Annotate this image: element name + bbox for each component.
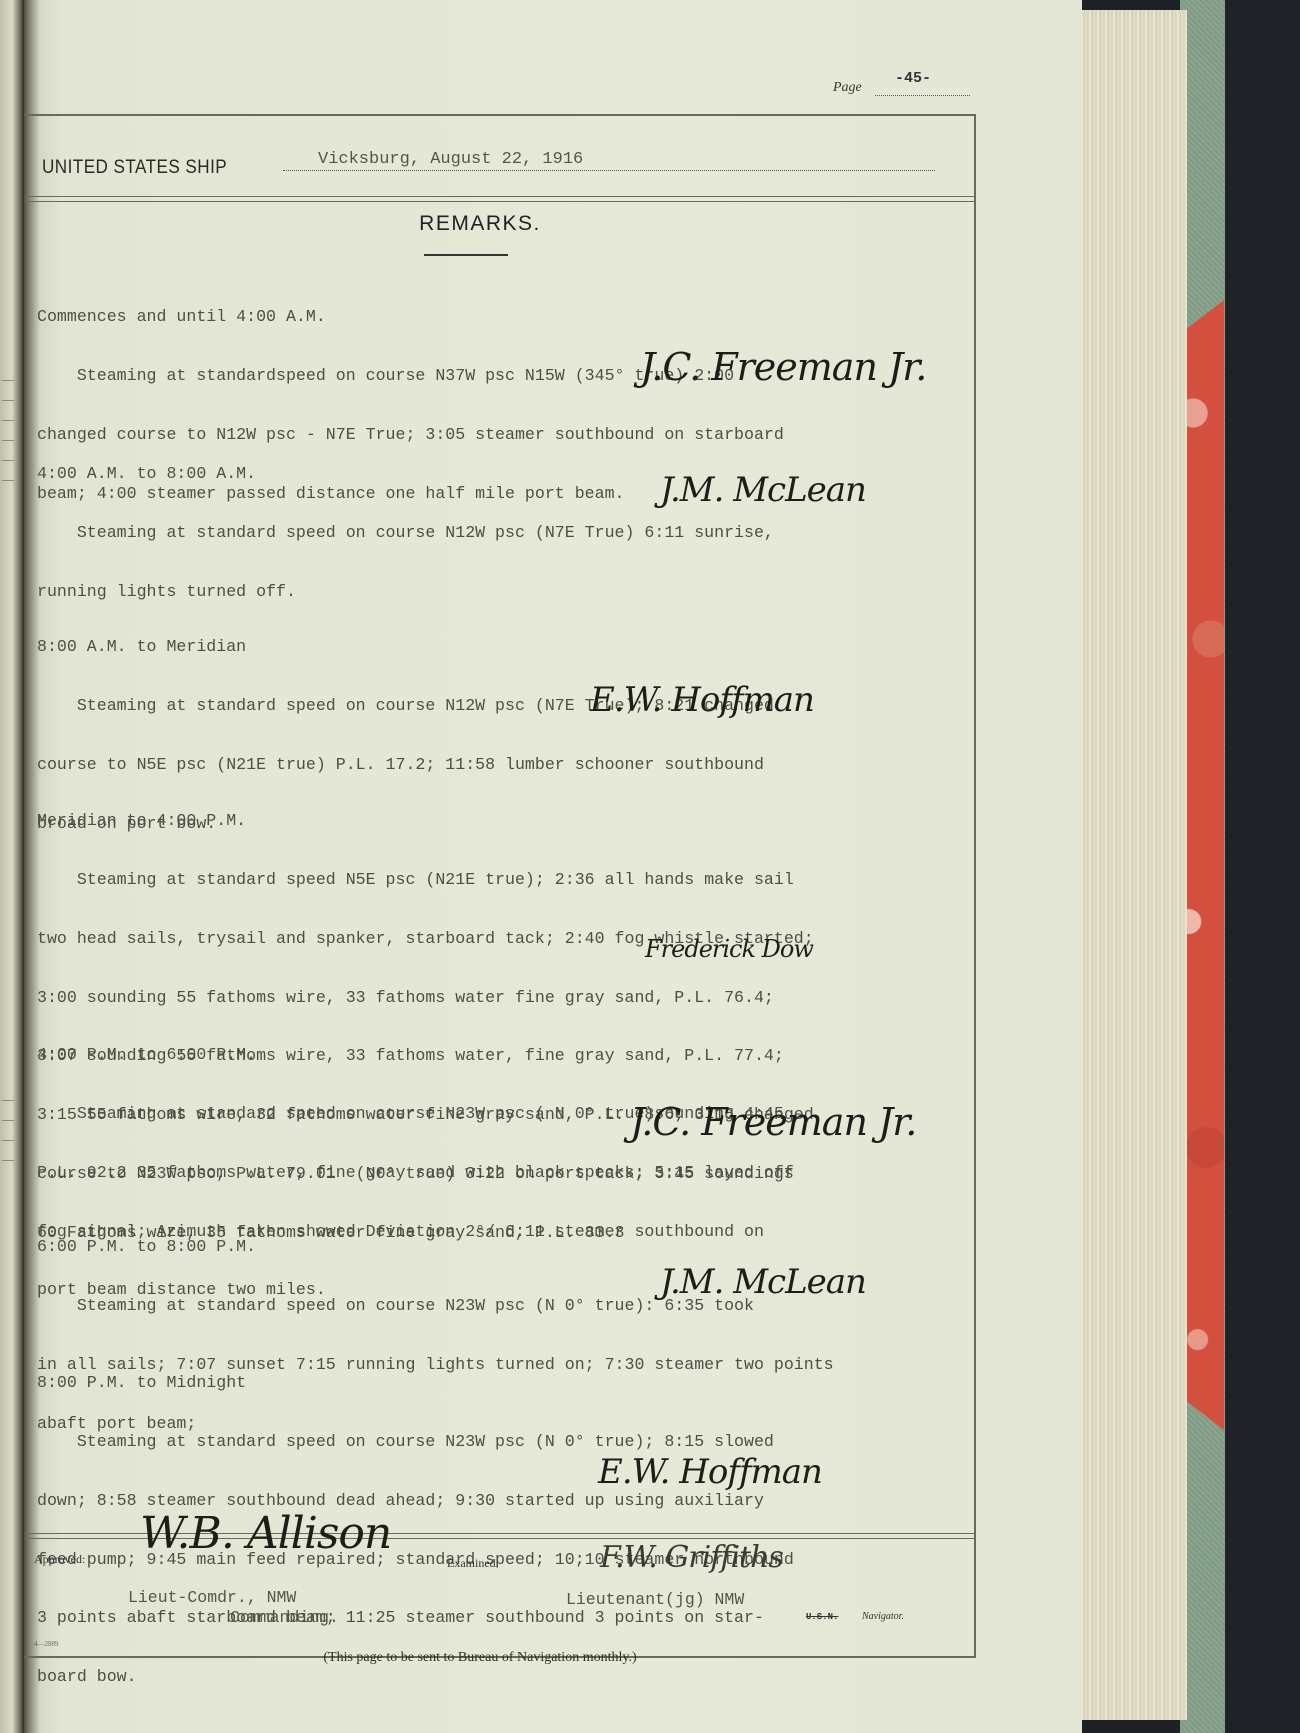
watch-heading: 8:00 A.M. to Meridian: [37, 637, 937, 657]
watch-heading: 4:00 P.M. to 6:00 P.M.: [37, 1045, 937, 1065]
signature-freeman: J.C. Freeman Jr.: [630, 1100, 916, 1144]
struck-service-label: U.S.N.: [806, 1612, 838, 1622]
watch-heading: 8:00 P.M. to Midnight: [37, 1373, 937, 1393]
commanding-officer-rank: Lieut-Comdr., NMW: [128, 1588, 296, 1607]
page-number-dotted-line: [875, 95, 970, 96]
form-number: 4—2889: [34, 1640, 59, 1648]
ship-label: UNITED STATES SHIP: [42, 157, 227, 179]
watch-heading: 6:00 P.M. to 8:00 P.M.: [37, 1237, 937, 1257]
watch-heading: Meridian to 4:00 P.M.: [37, 811, 937, 831]
signature-navigator: F.W. Griffiths: [600, 1540, 783, 1575]
signature-hoffman: E.W. Hoffman: [598, 1452, 822, 1492]
page-stack-edge: [1075, 10, 1187, 1720]
examined-label: Examined:: [447, 1556, 499, 1571]
signature-mclean: J.M. McLean: [660, 1262, 866, 1302]
facing-page-edge: [0, 0, 24, 1733]
ship-name-and-date: Vicksburg, August 22, 1916: [318, 150, 583, 169]
signature-freeman: J.C. Freeman Jr.: [640, 345, 926, 389]
approved-label: Approved:: [34, 1552, 85, 1567]
signature-hoffman: E.W. Hoffman: [590, 680, 814, 720]
section-title: REMARKS.: [0, 212, 960, 236]
background: [1225, 0, 1300, 1733]
log-entry-0400-0800: 4:00 A.M. to 8:00 A.M. Steaming at stand…: [37, 425, 937, 621]
entry-line: Steaming at standard speed N5E psc (N21E…: [37, 870, 937, 890]
signature-commanding-officer: W.B. Allison: [140, 1508, 391, 1559]
entry-line: 3 points abaft starboard beam; 11:25 ste…: [37, 1608, 937, 1628]
navigator-label: Navigator.: [862, 1611, 904, 1622]
entry-line: board bow.: [37, 1667, 937, 1687]
entry-line: Steaming at standard speed on course N12…: [37, 523, 937, 543]
navigator-rank: Lieutenant(jg) NMW: [566, 1590, 744, 1609]
entry-line: P.L. 92.2 35 fathoms water, fine gray sa…: [37, 1163, 937, 1183]
watch-heading: Commences and until 4:00 A.M.: [37, 307, 937, 327]
commanding-officer-role: Commanding.: [230, 1608, 339, 1627]
entry-line: 3:00 sounding 55 fathoms wire, 33 fathom…: [37, 988, 937, 1008]
page-number: -45-: [895, 70, 931, 87]
signature-dow: Frederick Dow: [645, 935, 813, 963]
ship-dotted-line: [283, 170, 935, 171]
page-label: Page: [833, 80, 862, 96]
header-divider: [24, 196, 976, 202]
entry-line: Steaming at standard speed on course N23…: [37, 1432, 937, 1452]
bottom-instruction: (This page to be sent to Bureau of Navig…: [0, 1650, 960, 1666]
title-underline: [424, 254, 508, 256]
signature-mclean: J.M. McLean: [660, 470, 866, 510]
